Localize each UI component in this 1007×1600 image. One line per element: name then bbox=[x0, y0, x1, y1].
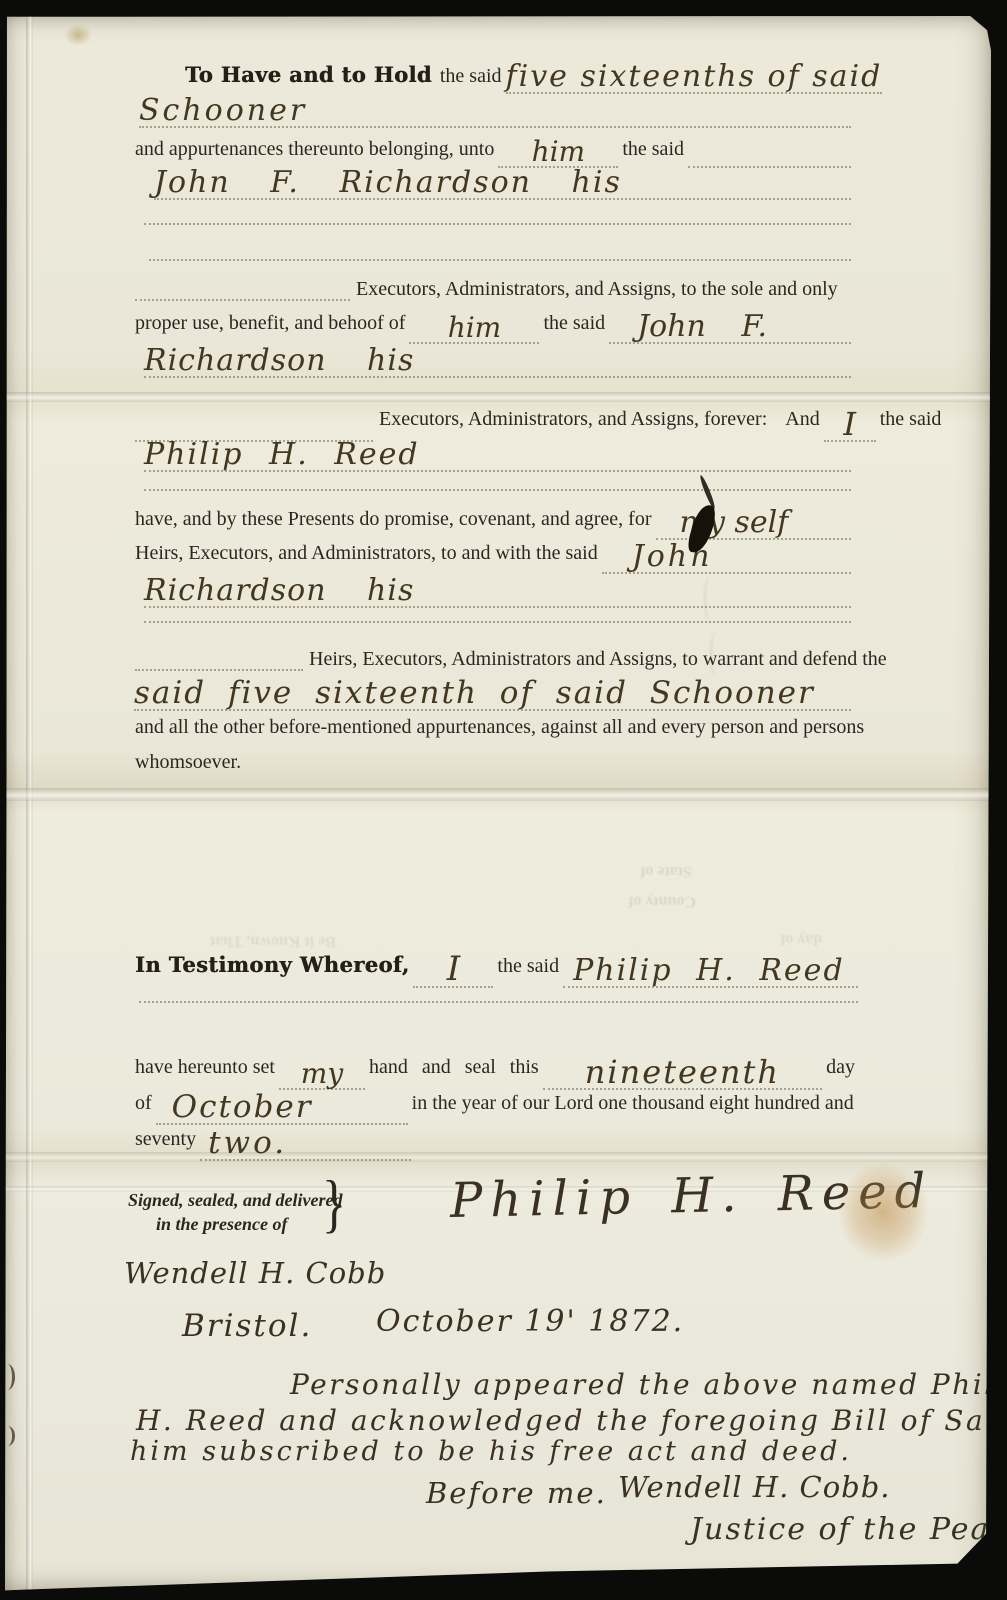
testimony-line-1: In Testimony Whereof, I the said Philip … bbox=[135, 952, 862, 988]
bleedthrough-text: State of bbox=[640, 862, 692, 880]
printed-text: the said bbox=[622, 138, 684, 161]
handwritten-day: nineteenth bbox=[585, 1056, 780, 1088]
handwritten-my: my bbox=[301, 1060, 343, 1088]
officer-signature: Wendell H. Cobb. bbox=[618, 1470, 891, 1504]
handwritten-pronoun: I bbox=[843, 408, 856, 440]
ack-text-line: H. Reed and acknowledged the foregoing B… bbox=[136, 1404, 1007, 1437]
blank-rule bbox=[135, 998, 862, 1003]
fold-crease bbox=[4, 788, 992, 801]
ack-text-line: Personally appeared the above named Phil… bbox=[290, 1368, 1007, 1401]
handwritten-subject: said five sixteenth of said Schooner bbox=[134, 678, 815, 709]
ack-before-me: Before me. bbox=[426, 1476, 607, 1510]
handwritten-grantor: Philip H. Reed bbox=[573, 956, 845, 986]
handwritten-portion: five sixteenths of said bbox=[506, 62, 883, 92]
paper-sheet: State of County of Be it Known, That day… bbox=[4, 16, 992, 1592]
blackletter-heading: To Have and to Hold bbox=[185, 62, 432, 87]
handwritten-grantor: Philip H. Reed bbox=[144, 440, 420, 470]
printed-text: day bbox=[826, 1056, 855, 1079]
vertical-fold-crease bbox=[26, 16, 33, 1592]
age-stain bbox=[837, 1162, 929, 1262]
handwritten-year-end: two. bbox=[208, 1128, 287, 1159]
testimony-line-3: of October in the year of our Lord one t… bbox=[135, 1092, 855, 1125]
behoof-line-2: proper use, benefit, and behoof of him t… bbox=[135, 312, 855, 344]
officer-title: Justice of the Peace bbox=[690, 1512, 1007, 1547]
handwritten-month: October bbox=[172, 1092, 313, 1123]
covenant-line-3: have, and by these Presents do promise, … bbox=[135, 508, 855, 540]
stray-ink-mark bbox=[0, 1426, 15, 1446]
covenant-line-5: Richardson his bbox=[140, 576, 855, 608]
habendum-line-1: To Have and to Hold the said five sixtee… bbox=[185, 62, 855, 94]
printed-text: proper use, benefit, and behoof of bbox=[135, 312, 405, 335]
handwritten-grantee: John F. Richardson his bbox=[154, 168, 622, 198]
habendum-line-4: John F. Richardson his bbox=[150, 168, 855, 200]
habendum-line-3: and appurtenances thereunto belonging, u… bbox=[135, 138, 855, 168]
blank-rule bbox=[140, 220, 855, 225]
bleedthrough-text: Be it Known, That bbox=[210, 932, 336, 950]
printed-text: the said bbox=[880, 408, 942, 431]
stray-ink-mark bbox=[0, 1364, 15, 1390]
scanned-document: State of County of Be it Known, That day… bbox=[0, 0, 1007, 1600]
printed-text: hand and seal this bbox=[369, 1056, 539, 1079]
habendum-line-2: Schooner bbox=[135, 96, 855, 128]
handwritten-pronoun: him bbox=[448, 314, 502, 342]
ack-place: Bristol. bbox=[182, 1308, 312, 1344]
covenant-line-2: Philip H. Reed bbox=[140, 440, 855, 472]
printed-text: the said bbox=[440, 65, 502, 88]
printed-text: Executors, Administrators, and Assigns, … bbox=[356, 278, 838, 301]
attestation-clause: in the presence of bbox=[156, 1214, 287, 1235]
ack-text-line: him subscribed to be his free act and de… bbox=[130, 1436, 852, 1467]
testimony-line-4: seventy two. bbox=[135, 1128, 415, 1161]
covenant-line-4: Heirs, Executors, and Administrators, to… bbox=[135, 542, 855, 574]
bleedthrough-text: day of bbox=[780, 930, 822, 948]
warranty-line-3: and all the other before-mentioned appur… bbox=[135, 716, 892, 739]
warranty-line-2: said five sixteenth of said Schooner bbox=[130, 678, 855, 711]
printed-text: Executors, Administrators, and Assigns, … bbox=[379, 408, 767, 431]
printed-text: the said bbox=[543, 312, 605, 335]
behoof-line-3: Richardson his bbox=[140, 346, 855, 378]
ack-date: October 19' 1872. bbox=[376, 1304, 684, 1339]
witness-signature: Wendell H. Cobb bbox=[124, 1256, 386, 1290]
handwritten-pronoun: him bbox=[532, 138, 586, 166]
bleedthrough-text: County of bbox=[628, 892, 696, 910]
printed-text: the said bbox=[497, 955, 559, 978]
blank-rule bbox=[140, 618, 855, 623]
printed-text: Heirs, Executors, Administrators and Ass… bbox=[309, 648, 887, 671]
handwritten-grantee: John F. bbox=[637, 312, 767, 342]
age-stain bbox=[64, 24, 92, 46]
warranty-line-4: whomsoever. bbox=[135, 751, 241, 774]
printed-text: and all the other before-mentioned appur… bbox=[135, 716, 864, 739]
handwritten-grantee: Richardson his bbox=[144, 346, 414, 376]
testimony-line-2: have hereunto set my hand and seal this … bbox=[135, 1056, 855, 1090]
handwritten-vessel: Schooner bbox=[139, 96, 307, 126]
printed-text: in the year of our Lord one thousand eig… bbox=[412, 1092, 854, 1115]
behoof-line-1: Executors, Administrators, and Assigns, … bbox=[135, 278, 855, 301]
printed-text: whomsoever. bbox=[135, 751, 241, 774]
printed-text: And bbox=[785, 408, 819, 431]
printed-text: have, and by these Presents do promise, … bbox=[135, 508, 652, 531]
printed-text: of bbox=[135, 1092, 152, 1115]
blank-rule bbox=[145, 256, 855, 261]
printed-text: seventy bbox=[135, 1128, 196, 1151]
brace-glyph: } bbox=[322, 1165, 346, 1240]
printed-text: have hereunto set bbox=[135, 1056, 275, 1079]
attestation-clause: Signed, sealed, and delivered bbox=[128, 1190, 342, 1211]
handwritten-grantee: Richardson his bbox=[144, 576, 414, 606]
blank-rule bbox=[140, 486, 855, 491]
blackletter-heading: In Testimony Whereof, bbox=[135, 952, 409, 977]
fold-crease bbox=[4, 392, 992, 402]
warranty-line-1: Heirs, Executors, Administrators and Ass… bbox=[135, 648, 855, 671]
printed-text: Heirs, Executors, and Administrators, to… bbox=[135, 542, 598, 565]
printed-text: and appurtenances thereunto belonging, u… bbox=[135, 138, 494, 161]
handwritten-pronoun: I bbox=[447, 952, 460, 986]
